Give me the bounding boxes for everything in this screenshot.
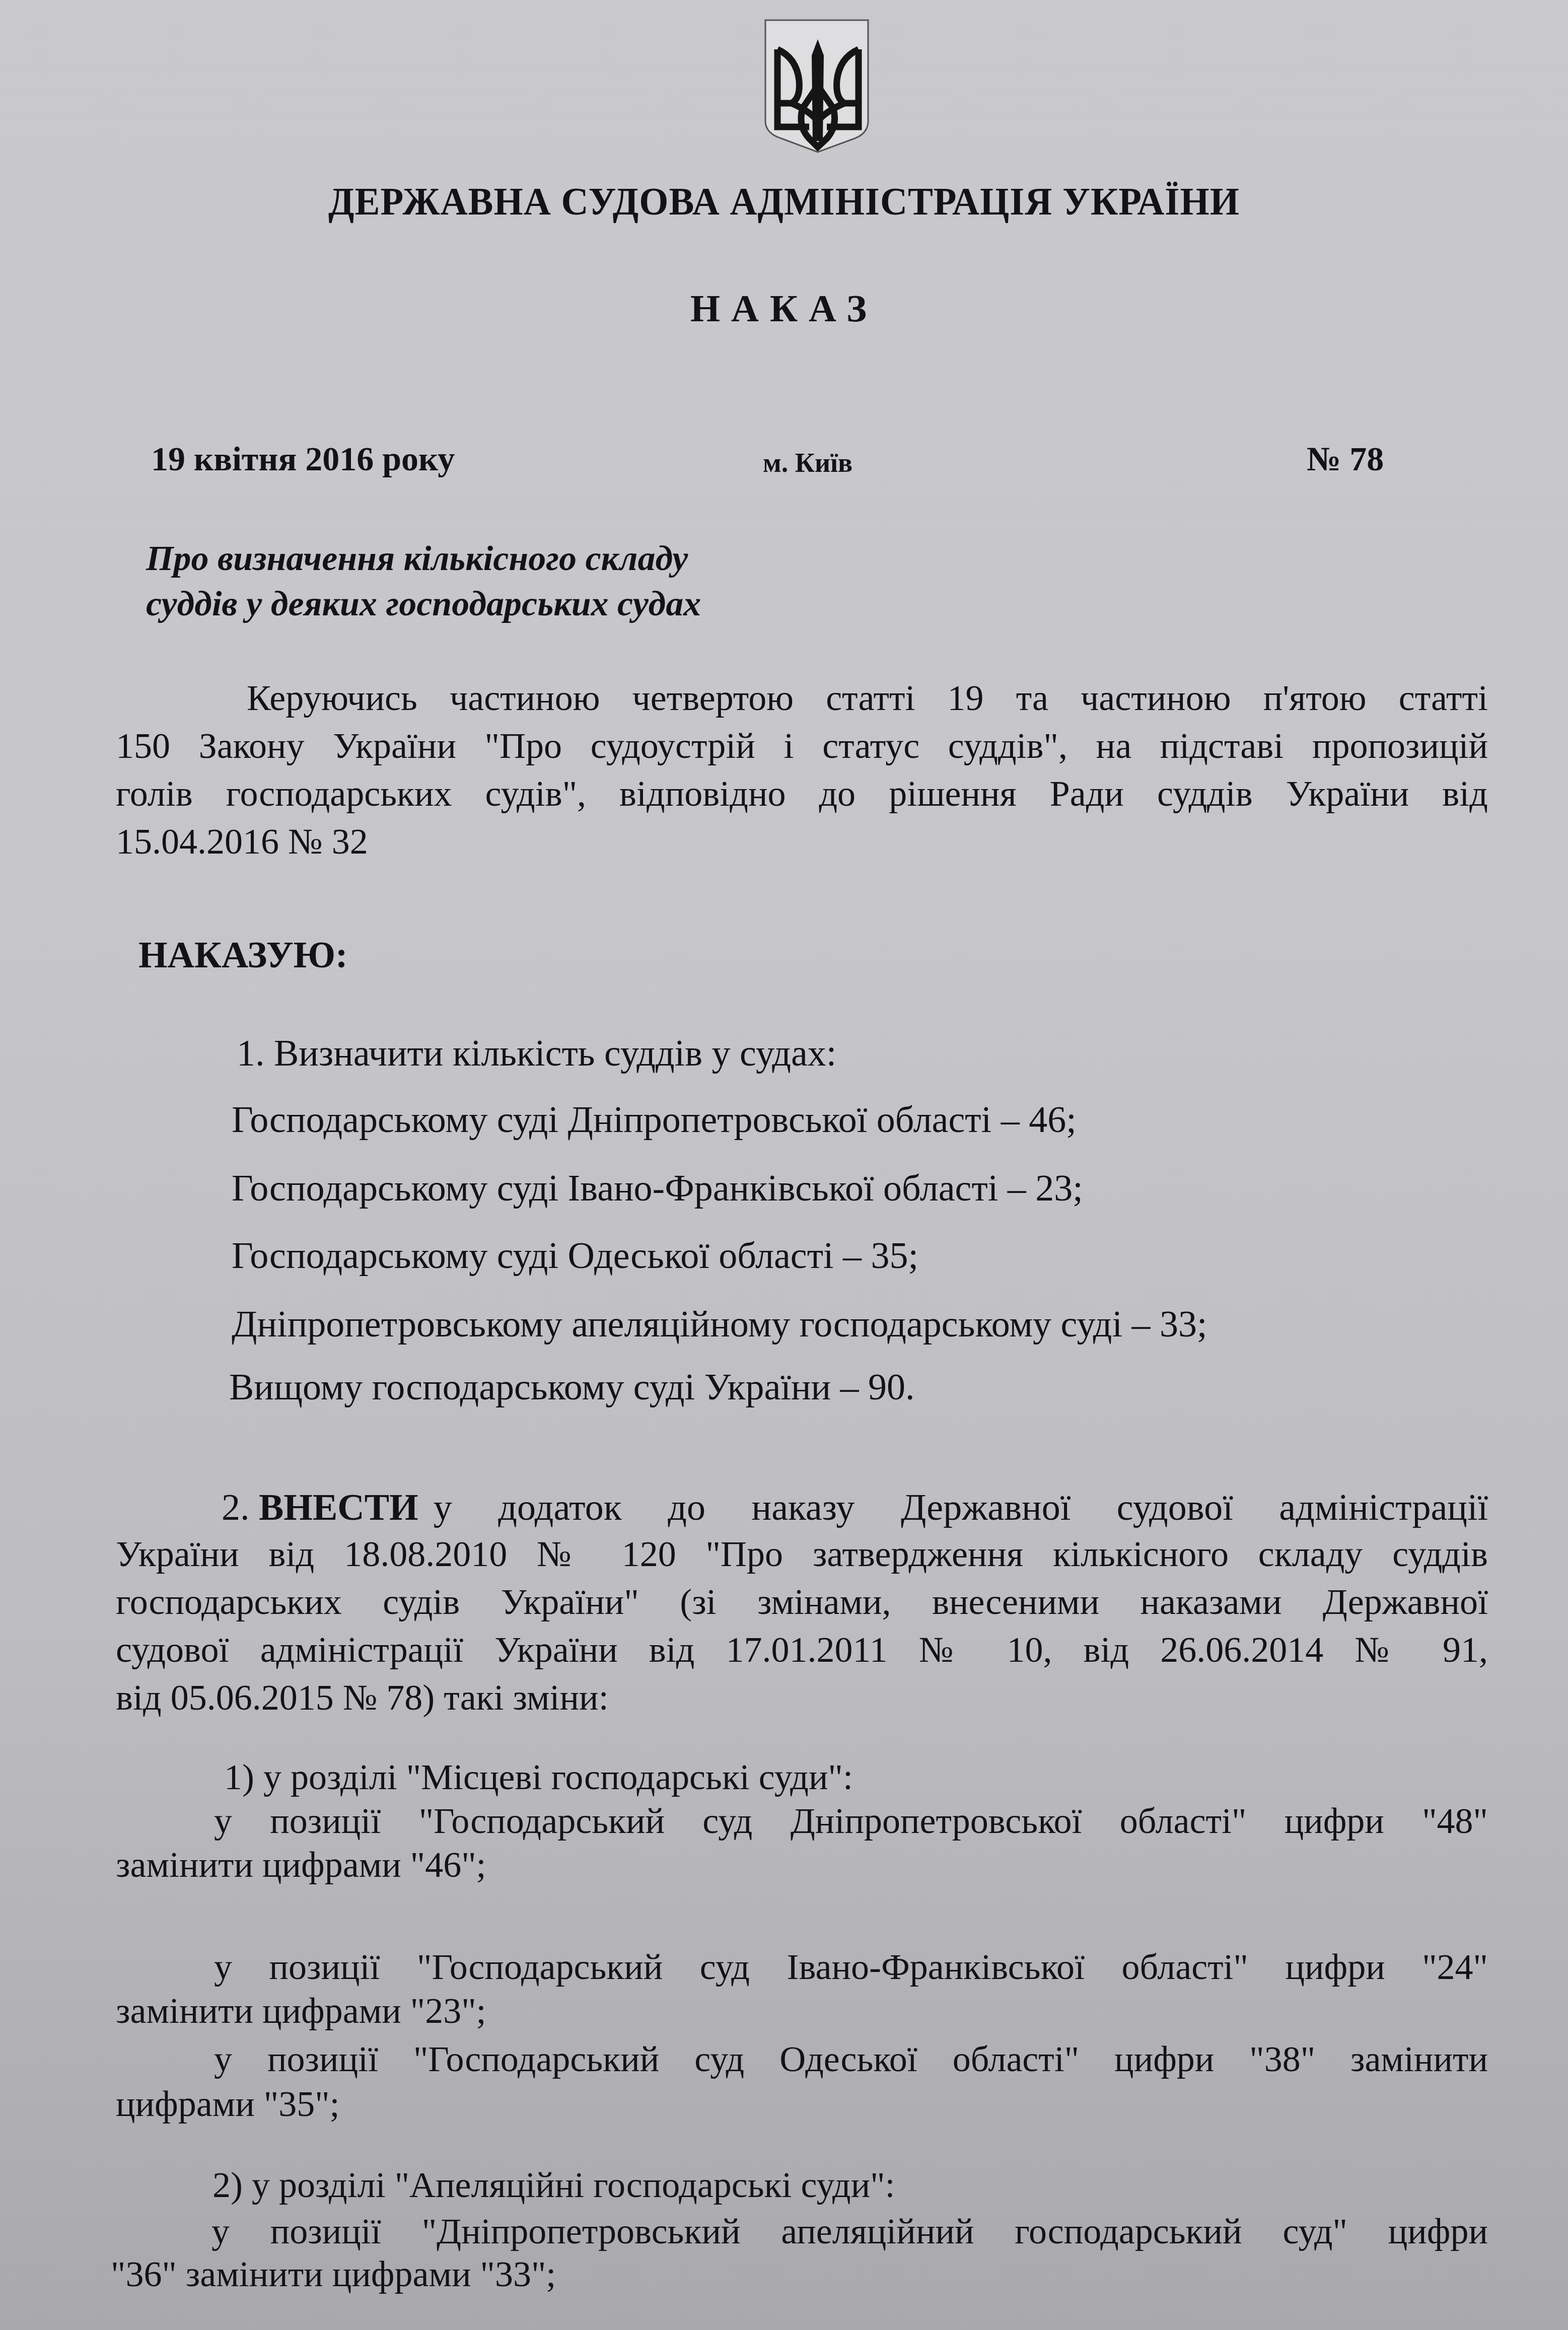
coat-of-arms-icon (761, 15, 875, 156)
organization-title: ДЕРЖАВНА СУДОВА АДМІНІСТРАЦІЯ УКРАЇНИ (31, 179, 1536, 224)
preamble-line: 150 Закону України "Про судоустрій і ста… (116, 725, 1488, 767)
item2-intro-line: у додаток до наказу Державної судової ад… (434, 1487, 1488, 1529)
court-item: Дніпропетровському апеляційному господар… (232, 1303, 1207, 1346)
subject-line: суддів у деяких господарських судах (146, 584, 701, 624)
preamble-line: голів господарських судів", відповідно д… (116, 773, 1488, 815)
amendment-line: у позиції "Господарський суд Івано-Франк… (214, 1946, 1488, 1988)
court-item: Господарському суді Івано-Франківської о… (232, 1167, 1083, 1210)
order-date: 19 квітня 2016 року (151, 439, 455, 479)
amendment-line: цифрами "35"; (116, 2083, 1488, 2125)
preamble-line: 15.04.2016 № 32 (116, 821, 1488, 863)
document-page: ДЕРЖАВНА СУДОВА АДМІНІСТРАЦІЯ УКРАЇНИ НА… (0, 0, 1568, 2330)
item1-heading: 1. Визначити кількість суддів у судах: (237, 1032, 836, 1075)
item2-intro-line: від 05.06.2015 № 78) такі зміни: (116, 1677, 1488, 1719)
item2-intro-line: судової адміністрації України від 17.01.… (116, 1629, 1488, 1671)
item2-keyword: ВНЕСТИ (259, 1487, 418, 1528)
amendment-line: замінити цифрами "46"; (116, 1844, 1488, 1886)
court-item: Вищому господарському суді України – 90. (229, 1366, 915, 1409)
amendment-line: у позиції "Господарський суд Одеської об… (214, 2038, 1488, 2080)
order-number: № 78 (1307, 439, 1384, 479)
amendment-line: "36" замінити цифрами "33"; (111, 2253, 1483, 2295)
subject-line: Про визначення кількісного складу (146, 539, 688, 579)
amendment-line: у позиції "Господарський суд Дніпропетро… (214, 1800, 1488, 1842)
amendment-line: замінити цифрами "23"; (116, 1990, 1488, 2032)
document-type: НАКАЗ (0, 287, 1568, 331)
sub2-heading: 2) у розділі "Апеляційні господарські су… (212, 2164, 895, 2206)
sub1-heading: 1) у розділі "Місцеві господарські суди"… (224, 1756, 853, 1798)
item2-intro-line: господарських судів України" (зі змінами… (116, 1581, 1488, 1623)
order-word: НАКАЗУЮ: (138, 934, 348, 977)
court-item: Господарському суді Дніпропетровської об… (232, 1099, 1077, 1142)
order-city: м. Київ (763, 447, 852, 478)
item2-first-line: 2. ВНЕСТИ у додаток до наказу Державної … (222, 1487, 1488, 1529)
amendment-line: у позиції "Дніпропетровський апеляційний… (211, 2211, 1488, 2252)
item2-label: 2. ВНЕСТИ (222, 1487, 418, 1529)
item2-intro-line: України від 18.08.2010 № 120 "Про затвер… (116, 1533, 1488, 1575)
court-item: Господарському суді Одеської області – 3… (232, 1235, 918, 1278)
preamble-line: Керуючись частиною четвертою статті 19 т… (247, 677, 1488, 719)
